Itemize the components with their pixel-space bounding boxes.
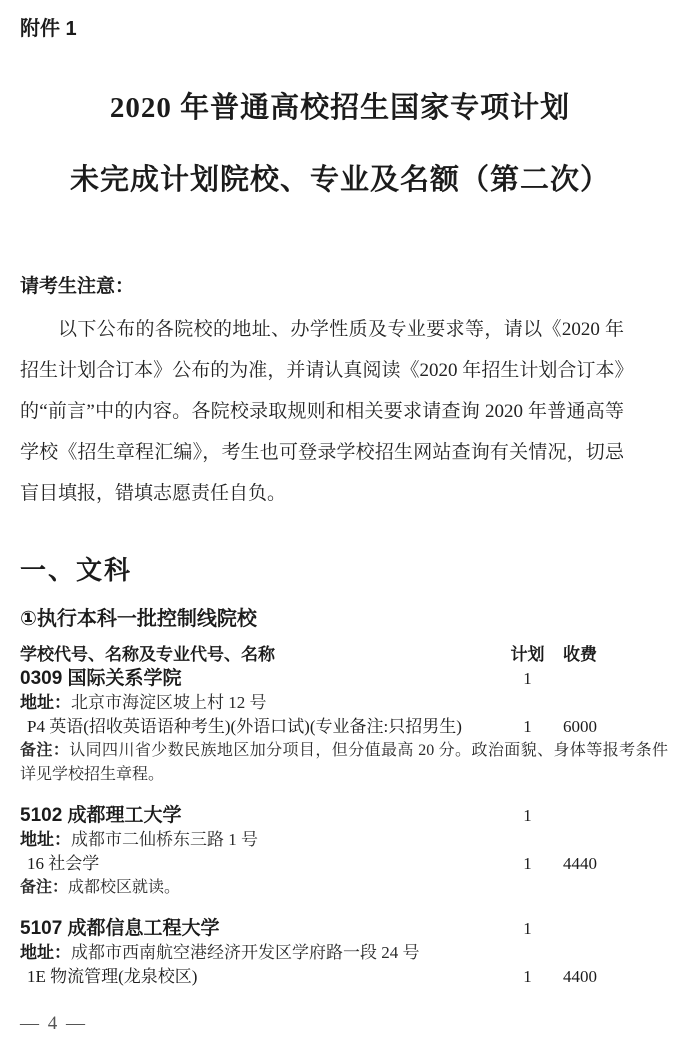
major-row: 16 社会学 1 4440 <box>20 852 610 876</box>
address-label: 地址： <box>20 830 71 849</box>
table-header-row: 学校代号、名称及专业代号、名称 计划 收费 <box>20 643 610 667</box>
address-label: 地址： <box>20 943 71 962</box>
table-header-fee: 收费 <box>550 643 610 667</box>
address-row: 地址：北京市海淀区坡上村 12 号 <box>20 691 610 715</box>
notice-paragraph: 以下公布的各院校的地址、办学性质及专业要求等，请以《2020 年招生计划合订本》… <box>20 309 624 514</box>
page-number: — 4 — <box>20 1013 87 1035</box>
section-title-liberal-arts: 一、文科 <box>20 550 680 587</box>
address-text: 成都市西南航空港经济开发区学府路一段 24 号 <box>71 943 420 962</box>
school-plan-count: 1 <box>505 917 550 941</box>
major-row: 1E 物流管理(龙泉校区) 1 4400 <box>20 965 610 989</box>
major-name: 16 社会学 <box>20 852 505 876</box>
attachment-label: 附件 1 <box>20 12 680 41</box>
address-label: 地址： <box>20 693 71 712</box>
note-label: 备注： <box>20 742 69 759</box>
major-name: 1E 物流管理(龙泉校区) <box>20 965 505 989</box>
address-row: 地址：成都市二仙桥东三路 1 号 <box>20 828 610 852</box>
note-text: 成都校区就读。 <box>68 879 180 896</box>
school-code-name: 0309 国际关系学院 <box>20 667 505 691</box>
school-code-name: 5107 成都信息工程大学 <box>20 917 505 941</box>
major-plan-count: 1 <box>505 965 550 989</box>
table-header-plan: 计划 <box>505 643 550 667</box>
document-title: 2020 年普通高校招生国家专项计划 未完成计划院校、专业及名额（第二次） <box>0 85 680 198</box>
school-row: 5107 成都信息工程大学 1 <box>20 917 610 941</box>
school-row: 0309 国际关系学院 1 <box>20 667 610 691</box>
document-title-line-2: 未完成计划院校、专业及名额（第二次） <box>0 157 680 198</box>
major-fee: 4440 <box>550 852 610 876</box>
major-name: P4 英语(招收英语语种考生)(外语口试)(专业备注:只招男生) <box>20 715 505 739</box>
school-listing: 学校代号、名称及专业代号、名称 计划 收费 0309 国际关系学院 1 地址：北… <box>20 643 610 989</box>
major-fee: 4400 <box>550 965 610 989</box>
table-header-name: 学校代号、名称及专业代号、名称 <box>20 643 505 667</box>
school-plan-count: 1 <box>505 804 550 828</box>
major-plan-count: 1 <box>505 852 550 876</box>
address-row: 地址：成都市西南航空港经济开发区学府路一段 24 号 <box>20 941 610 965</box>
note-label: 备注： <box>20 879 68 896</box>
major-row: P4 英语(招收英语语种考生)(外语口试)(专业备注:只招男生) 1 6000 <box>20 715 610 739</box>
block-spacer <box>20 787 610 804</box>
subsection-title-batch-one: ①执行本科一批控制线院校 <box>20 602 680 631</box>
block-spacer <box>20 900 610 917</box>
note-row: 备注：成都校区就读。 <box>20 876 668 900</box>
document-title-line-1: 2020 年普通高校招生国家专项计划 <box>0 85 680 126</box>
school-block: 5102 成都理工大学 1 地址：成都市二仙桥东三路 1 号 16 社会学 1 … <box>20 804 610 900</box>
address-text: 成都市二仙桥东三路 1 号 <box>71 830 258 849</box>
major-plan-count: 1 <box>505 715 550 739</box>
notice-heading: 请考生注意： <box>20 271 680 298</box>
note-text: 认同四川省少数民族地区加分项目，但分值最高 20 分。政治面貌、身体等报考条件详… <box>20 742 668 783</box>
school-block: 5107 成都信息工程大学 1 地址：成都市西南航空港经济开发区学府路一段 24… <box>20 917 610 989</box>
school-code-name: 5102 成都理工大学 <box>20 804 505 828</box>
school-plan-count: 1 <box>505 667 550 691</box>
school-block: 0309 国际关系学院 1 地址：北京市海淀区坡上村 12 号 P4 英语(招收… <box>20 667 610 787</box>
major-fee: 6000 <box>550 715 610 739</box>
address-text: 北京市海淀区坡上村 12 号 <box>71 693 267 712</box>
note-row: 备注：认同四川省少数民族地区加分项目，但分值最高 20 分。政治面貌、身体等报考… <box>20 739 668 787</box>
school-row: 5102 成都理工大学 1 <box>20 804 610 828</box>
